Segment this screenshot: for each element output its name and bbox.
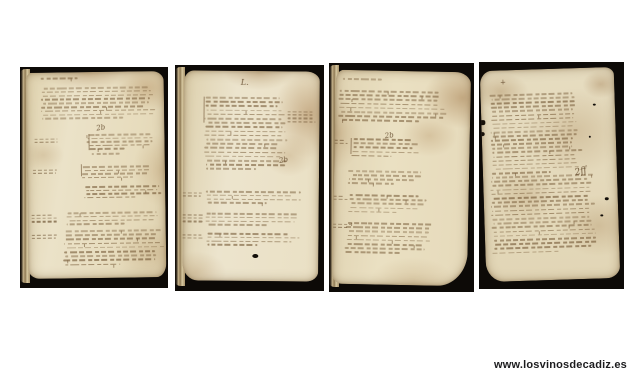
script-line <box>206 213 299 216</box>
script-line <box>339 94 441 98</box>
script-line <box>343 78 383 80</box>
script-line <box>82 176 133 178</box>
manuscript-photo-2: L.2b <box>175 65 324 291</box>
script-line <box>42 113 153 116</box>
script-line <box>350 198 426 201</box>
watermark-url: www.losvinosdecadiz.es <box>494 359 627 371</box>
margin-note-line <box>333 227 347 229</box>
script-line <box>207 244 257 246</box>
script-line <box>349 170 421 173</box>
script-line <box>87 137 152 140</box>
script-line <box>344 251 400 254</box>
margin-note-line <box>333 224 351 226</box>
script-line <box>206 240 291 242</box>
margin-note-line <box>288 111 313 113</box>
handwritten-mark: 2b <box>96 124 106 132</box>
margin-note-line <box>34 139 57 141</box>
margin-note-line <box>32 235 57 237</box>
script-line <box>205 216 299 219</box>
script-line <box>65 246 165 249</box>
script-line <box>346 235 429 238</box>
edge-damage-mark <box>482 132 485 136</box>
script-line <box>43 101 149 104</box>
paragraph-bracket <box>81 164 82 176</box>
script-line <box>64 229 161 232</box>
script-line <box>205 101 283 103</box>
script-line <box>68 219 154 222</box>
script-line <box>340 119 420 122</box>
script-line <box>205 118 282 120</box>
manuscript-photo-1: 2b <box>20 67 168 288</box>
margin-note-line <box>183 221 203 222</box>
script-line <box>82 172 149 175</box>
manuscript-page-1: 2b <box>26 71 167 279</box>
script-line <box>42 117 123 120</box>
script-line <box>492 121 576 125</box>
manuscript-page-2: L.2b <box>182 70 320 281</box>
script-line <box>204 147 280 149</box>
script-line <box>341 102 440 106</box>
script-line <box>206 126 282 128</box>
script-line <box>206 143 280 145</box>
script-line <box>87 192 161 195</box>
script-line <box>86 133 150 136</box>
script-line <box>340 111 447 115</box>
ink-spot <box>600 214 603 216</box>
ink-spot <box>589 136 591 138</box>
margin-note-line <box>287 118 313 120</box>
script-line <box>205 155 282 157</box>
margin-note-line <box>33 170 57 172</box>
script-line <box>347 239 432 242</box>
script-line <box>88 148 124 150</box>
script-line <box>40 86 148 89</box>
script-line <box>85 185 159 188</box>
margin-note-line <box>32 221 59 223</box>
script-line <box>66 254 156 257</box>
descender-stroke <box>113 264 114 267</box>
handwritten-mark: + <box>500 79 506 86</box>
script-line <box>354 146 413 149</box>
script-line <box>347 211 397 214</box>
margin-note-line <box>287 121 315 123</box>
script-line <box>344 247 425 250</box>
script-line <box>41 98 150 101</box>
script-line <box>350 194 419 197</box>
script-line <box>65 233 157 236</box>
descender-stroke <box>67 261 68 264</box>
script-line <box>352 155 392 157</box>
script-line <box>353 151 421 154</box>
descender-stroke <box>342 120 343 123</box>
descender-stroke <box>550 151 551 154</box>
script-line <box>41 109 154 112</box>
script-line <box>348 182 394 185</box>
script-line <box>492 171 551 175</box>
script-line <box>347 243 423 246</box>
script-line <box>208 236 300 238</box>
script-line <box>350 174 421 177</box>
script-line <box>66 215 158 218</box>
descender-stroke <box>591 175 592 178</box>
script-line <box>339 115 445 119</box>
margin-note-line <box>183 196 201 197</box>
margin-note-line <box>32 215 54 217</box>
script-line <box>350 207 419 210</box>
script-line <box>353 142 420 145</box>
script-line <box>492 158 575 162</box>
script-line <box>493 166 578 170</box>
handwritten-mark: L. <box>241 79 249 87</box>
script-line <box>206 194 292 196</box>
descender-stroke <box>71 78 72 81</box>
descender-stroke <box>97 149 98 152</box>
margin-note-line <box>33 173 56 175</box>
script-line <box>86 140 153 143</box>
script-line <box>206 191 301 194</box>
manuscript-photo-4: +2ff <box>479 62 624 289</box>
script-line <box>206 160 287 162</box>
script-line <box>41 105 146 108</box>
ink-spot <box>593 104 596 106</box>
script-line <box>492 113 574 117</box>
script-line <box>347 230 429 233</box>
script-line <box>338 98 437 102</box>
margin-note-line <box>32 218 59 220</box>
margin-note-line <box>288 115 313 117</box>
margin-note-line <box>334 199 348 201</box>
script-line <box>492 109 574 113</box>
script-line <box>354 138 413 141</box>
descender-stroke <box>352 99 353 102</box>
script-line <box>493 154 575 158</box>
script-line <box>491 117 573 121</box>
script-line <box>83 169 149 172</box>
script-line <box>64 250 155 253</box>
script-line <box>205 113 286 115</box>
script-line <box>205 151 285 153</box>
script-line <box>87 144 150 147</box>
script-line <box>63 238 156 241</box>
margin-note-line <box>32 238 56 240</box>
descender-stroke <box>373 183 374 186</box>
margin-note-line <box>35 142 58 144</box>
script-line <box>206 139 288 141</box>
margin-note-line <box>182 238 203 239</box>
edge-damage-mark <box>481 120 485 125</box>
paragraph-bracket <box>88 134 89 150</box>
script-line <box>347 222 433 225</box>
margin-note-line <box>335 140 345 141</box>
script-line <box>91 153 119 155</box>
script-line <box>493 250 561 254</box>
ink-spot <box>605 197 609 200</box>
handwritten-mark: 2ff <box>574 167 588 179</box>
manuscript-page-3: 2b <box>332 70 471 287</box>
script-line <box>64 242 160 245</box>
script-line <box>206 164 285 166</box>
descender-stroke <box>262 203 263 206</box>
script-line <box>349 178 414 181</box>
script-line <box>345 226 430 229</box>
script-line <box>206 168 256 170</box>
script-line <box>495 245 592 250</box>
script-line <box>493 149 583 154</box>
script-line <box>67 223 125 225</box>
handwritten-mark: 2b <box>384 132 394 140</box>
script-line <box>206 97 280 99</box>
script-line <box>338 107 445 111</box>
margin-note-line <box>335 143 348 145</box>
script-line <box>205 105 277 107</box>
margin-note-line <box>183 192 202 193</box>
script-line <box>349 202 424 205</box>
script-line <box>205 130 285 132</box>
script-line <box>205 134 281 136</box>
script-line <box>82 165 150 168</box>
script-line <box>85 196 136 198</box>
script-line <box>340 90 439 94</box>
ink-spot <box>252 254 258 258</box>
script-line <box>63 259 155 262</box>
script-line <box>208 224 268 226</box>
margin-note-line <box>183 214 204 215</box>
script-line <box>207 202 266 204</box>
descender-stroke <box>142 145 143 148</box>
descender-stroke <box>137 239 138 242</box>
script-line <box>87 189 157 192</box>
handwritten-mark: 2b <box>279 157 289 165</box>
manuscript-photo-3: 2b <box>329 63 474 292</box>
script-line <box>206 220 295 222</box>
script-line <box>42 90 151 93</box>
script-line <box>206 122 285 124</box>
margin-note-line <box>182 234 201 235</box>
margin-note-line <box>183 218 203 219</box>
descender-stroke <box>121 177 122 180</box>
script-line <box>42 94 154 97</box>
script-line <box>207 198 301 201</box>
manuscript-page-4: +2ff <box>480 67 621 282</box>
margin-note-line <box>334 196 345 198</box>
